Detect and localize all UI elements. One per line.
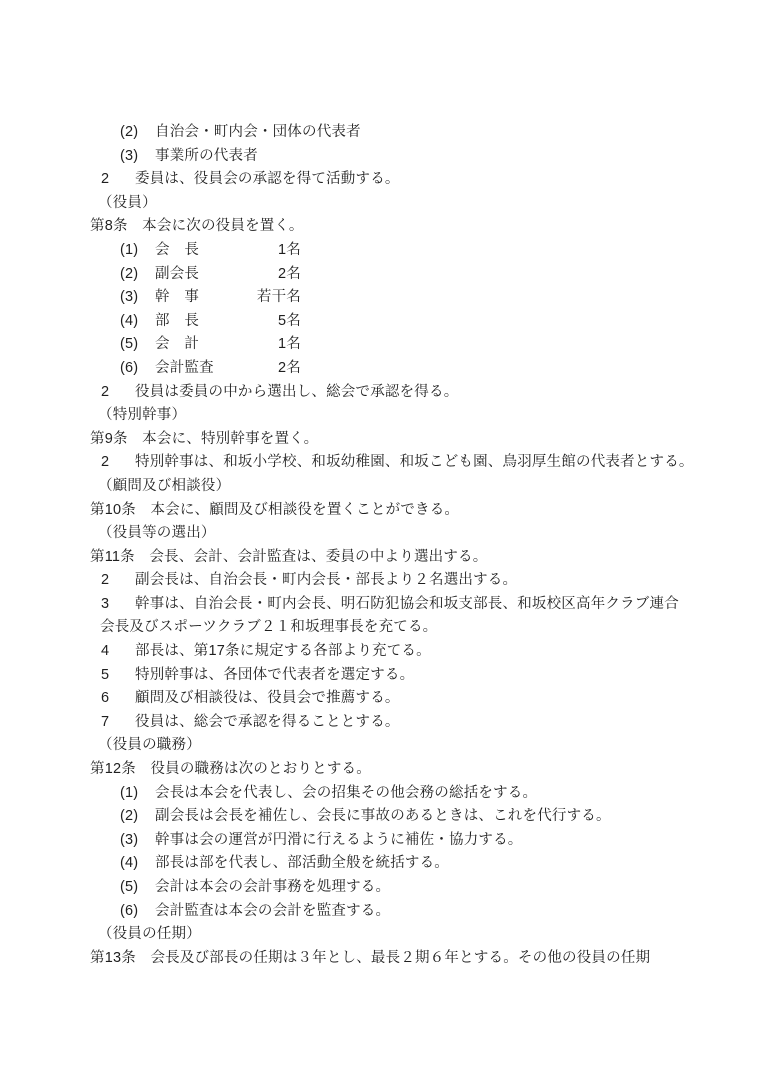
line-marker: (5)	[120, 333, 155, 357]
role-name: 会 長	[155, 239, 247, 263]
section-heading: （特別幹事）	[98, 404, 710, 428]
line-marker: 2	[101, 451, 135, 475]
section-heading: （役員等の選出）	[98, 522, 710, 546]
line-marker: 5	[101, 664, 135, 688]
paragraph-line: 6顧問及び相談役は、役員会で推薦する。	[90, 687, 710, 711]
line-text: 会長、会計、会計監査は、委員の中より選出する。	[149, 546, 487, 570]
section-heading: （役員の職務）	[98, 734, 710, 758]
line-marker: 2	[101, 168, 135, 192]
continuation-line: 会長及びスポーツクラブ２１和坂理事長を充てる。	[100, 616, 710, 640]
line-text: （顧問及び相談役）	[98, 475, 230, 499]
line-marker: 第13条	[90, 947, 150, 971]
line-marker: (1)	[120, 782, 155, 806]
line-marker: (3)	[120, 145, 155, 169]
list-item-line: (2)副会長は会長を補佐し、会長に事故のあるときは、これを代行する。	[90, 805, 710, 829]
line-text: 部長は、第17条に規定する各部より充てる。	[135, 640, 431, 664]
line-text: 幹事は会の運営が円滑に行えるように補佐・協力する。	[155, 829, 523, 853]
line-marker: (5)	[120, 876, 155, 900]
line-marker: (2)	[120, 805, 155, 829]
role-count: 1名	[247, 239, 301, 263]
article-line: 第11条会長、会計、会計監査は、委員の中より選出する。	[90, 546, 710, 570]
role-name: 会 計	[155, 333, 247, 357]
paragraph-line: 2特別幹事は、和坂小学校、和坂幼稚園、和坂こども園、鳥羽厚生館の代表者とする。	[90, 451, 710, 475]
line-text: 役員の職務は次のとおりとする。	[150, 758, 371, 782]
paragraph-line: 2委員は、役員会の承認を得て活動する。	[90, 168, 710, 192]
article-line: 第9条本会に、特別幹事を置く。	[90, 428, 710, 452]
line-text: 役員は、総会で承認を得ることとする。	[135, 711, 400, 735]
line-marker: (2)	[120, 121, 155, 145]
officer-role-row: (5)会 計1名	[90, 333, 710, 357]
paragraph-line: 4部長は、第17条に規定する各部より充てる。	[90, 640, 710, 664]
line-marker: (3)	[120, 829, 155, 853]
list-item-line: (3)事業所の代表者	[90, 145, 710, 169]
line-text: 会長及びスポーツクラブ２１和坂理事長を充てる。	[100, 616, 437, 640]
line-marker: (6)	[120, 357, 155, 381]
article-line: 第12条役員の職務は次のとおりとする。	[90, 758, 710, 782]
line-marker: (4)	[120, 310, 155, 334]
line-text: 副会長は会長を補佐し、会長に事故のあるときは、これを代行する。	[155, 805, 611, 829]
article-line: 第13条会長及び部長の任期は３年とし、最長２期６年とする。その他の役員の任期	[90, 947, 710, 971]
line-text: 委員は、役員会の承認を得て活動する。	[135, 168, 400, 192]
paragraph-line: 3幹事は、自治会長・町内会長、明石防犯協会和坂支部長、和坂校区高年クラブ連合	[90, 593, 710, 617]
list-item-line: (6)会計監査は本会の会計を監査する。	[90, 900, 710, 924]
officer-role-row: (1)会 長1名	[90, 239, 710, 263]
list-item-line: (1)会長は本会を代表し、会の招集その他会務の総括をする。	[90, 782, 710, 806]
paragraph-line: 7役員は、総会で承認を得ることとする。	[90, 711, 710, 735]
line-marker: 3	[101, 593, 135, 617]
paragraph-line: 2役員は委員の中から選出し、総会で承認を得る。	[90, 381, 710, 405]
line-text: 会長及び部長の任期は３年とし、最長２期６年とする。その他の役員の任期	[150, 947, 650, 971]
line-text: （役員）	[98, 192, 157, 216]
line-text: 副会長は、自治会長・町内会長・部長より２名選出する。	[135, 569, 517, 593]
line-text: 本会に、特別幹事を置く。	[142, 428, 318, 452]
paragraph-line: 5特別幹事は、各団体で代表者を選定する。	[90, 664, 710, 688]
role-name: 会計監査	[155, 357, 247, 381]
line-text: 本会に、顧問及び相談役を置くことができる。	[150, 499, 459, 523]
officer-role-row: (6)会計監査2名	[90, 357, 710, 381]
officer-role-row: (2)副会長2名	[90, 263, 710, 287]
line-text: （役員等の選出）	[98, 522, 216, 546]
document-body: (2)自治会・町内会・団体の代表者(3)事業所の代表者2委員は、役員会の承認を得…	[90, 121, 710, 970]
line-marker: 2	[101, 569, 135, 593]
list-item-line: (2)自治会・町内会・団体の代表者	[90, 121, 710, 145]
line-text: 事業所の代表者	[155, 145, 258, 169]
line-marker: (1)	[120, 239, 155, 263]
paragraph-line: 2副会長は、自治会長・町内会長・部長より２名選出する。	[90, 569, 710, 593]
list-item-line: (5)会計は本会の会計事務を処理する。	[90, 876, 710, 900]
line-marker: 7	[101, 711, 135, 735]
role-name: 部 長	[155, 310, 247, 334]
officer-role-row: (4)部 長5名	[90, 310, 710, 334]
article-line: 第10条本会に、顧問及び相談役を置くことができる。	[90, 499, 710, 523]
role-count: 2名	[247, 263, 301, 287]
role-name: 副会長	[155, 263, 247, 287]
line-text: 役員は委員の中から選出し、総会で承認を得る。	[135, 381, 458, 405]
line-text: 本会に次の役員を置く。	[142, 215, 303, 239]
line-marker: 4	[101, 640, 135, 664]
line-marker: 6	[101, 687, 135, 711]
line-text: 会計監査は本会の会計を監査する。	[155, 900, 390, 924]
line-text: （役員の職務）	[98, 734, 201, 758]
line-text: 幹事は、自治会長・町内会長、明石防犯協会和坂支部長、和坂校区高年クラブ連合	[135, 593, 679, 617]
line-marker: (3)	[120, 286, 155, 310]
article-line: 第8条本会に次の役員を置く。	[90, 215, 710, 239]
section-heading: （役員）	[98, 192, 710, 216]
line-text: 特別幹事は、各団体で代表者を選定する。	[135, 664, 414, 688]
line-marker: (6)	[120, 900, 155, 924]
line-marker: 第9条	[90, 428, 142, 452]
line-text: （役員の任期）	[98, 923, 201, 947]
line-marker: 2	[101, 381, 135, 405]
line-marker: (4)	[120, 852, 155, 876]
list-item-line: (4)部長は部を代表し、部活動全般を統括する。	[90, 852, 710, 876]
line-text: 会計は本会の会計事務を処理する。	[155, 876, 390, 900]
line-marker: (2)	[120, 263, 155, 287]
line-text: 部長は部を代表し、部活動全般を統括する。	[155, 852, 449, 876]
line-marker: 第8条	[90, 215, 142, 239]
line-text: 顧問及び相談役は、役員会で推薦する。	[135, 687, 400, 711]
section-heading: （顧問及び相談役）	[98, 475, 710, 499]
role-name: 幹 事	[155, 286, 247, 310]
role-count: 若干名	[247, 286, 301, 310]
line-marker: 第11条	[90, 546, 149, 570]
line-text: 会長は本会を代表し、会の招集その他会務の総括をする。	[155, 782, 537, 806]
line-text: （特別幹事）	[98, 404, 186, 428]
section-heading: （役員の任期）	[98, 923, 710, 947]
officer-role-row: (3)幹 事若干名	[90, 286, 710, 310]
role-count: 2名	[247, 357, 301, 381]
role-count: 1名	[247, 333, 301, 357]
line-marker: 第10条	[90, 499, 150, 523]
list-item-line: (3)幹事は会の運営が円滑に行えるように補佐・協力する。	[90, 829, 710, 853]
line-text: 特別幹事は、和坂小学校、和坂幼稚園、和坂こども園、鳥羽厚生館の代表者とする。	[135, 451, 694, 475]
document-page: (2)自治会・町内会・団体の代表者(3)事業所の代表者2委員は、役員会の承認を得…	[0, 0, 764, 1080]
line-text: 自治会・町内会・団体の代表者	[155, 121, 361, 145]
role-count: 5名	[247, 310, 301, 334]
line-marker: 第12条	[90, 758, 150, 782]
